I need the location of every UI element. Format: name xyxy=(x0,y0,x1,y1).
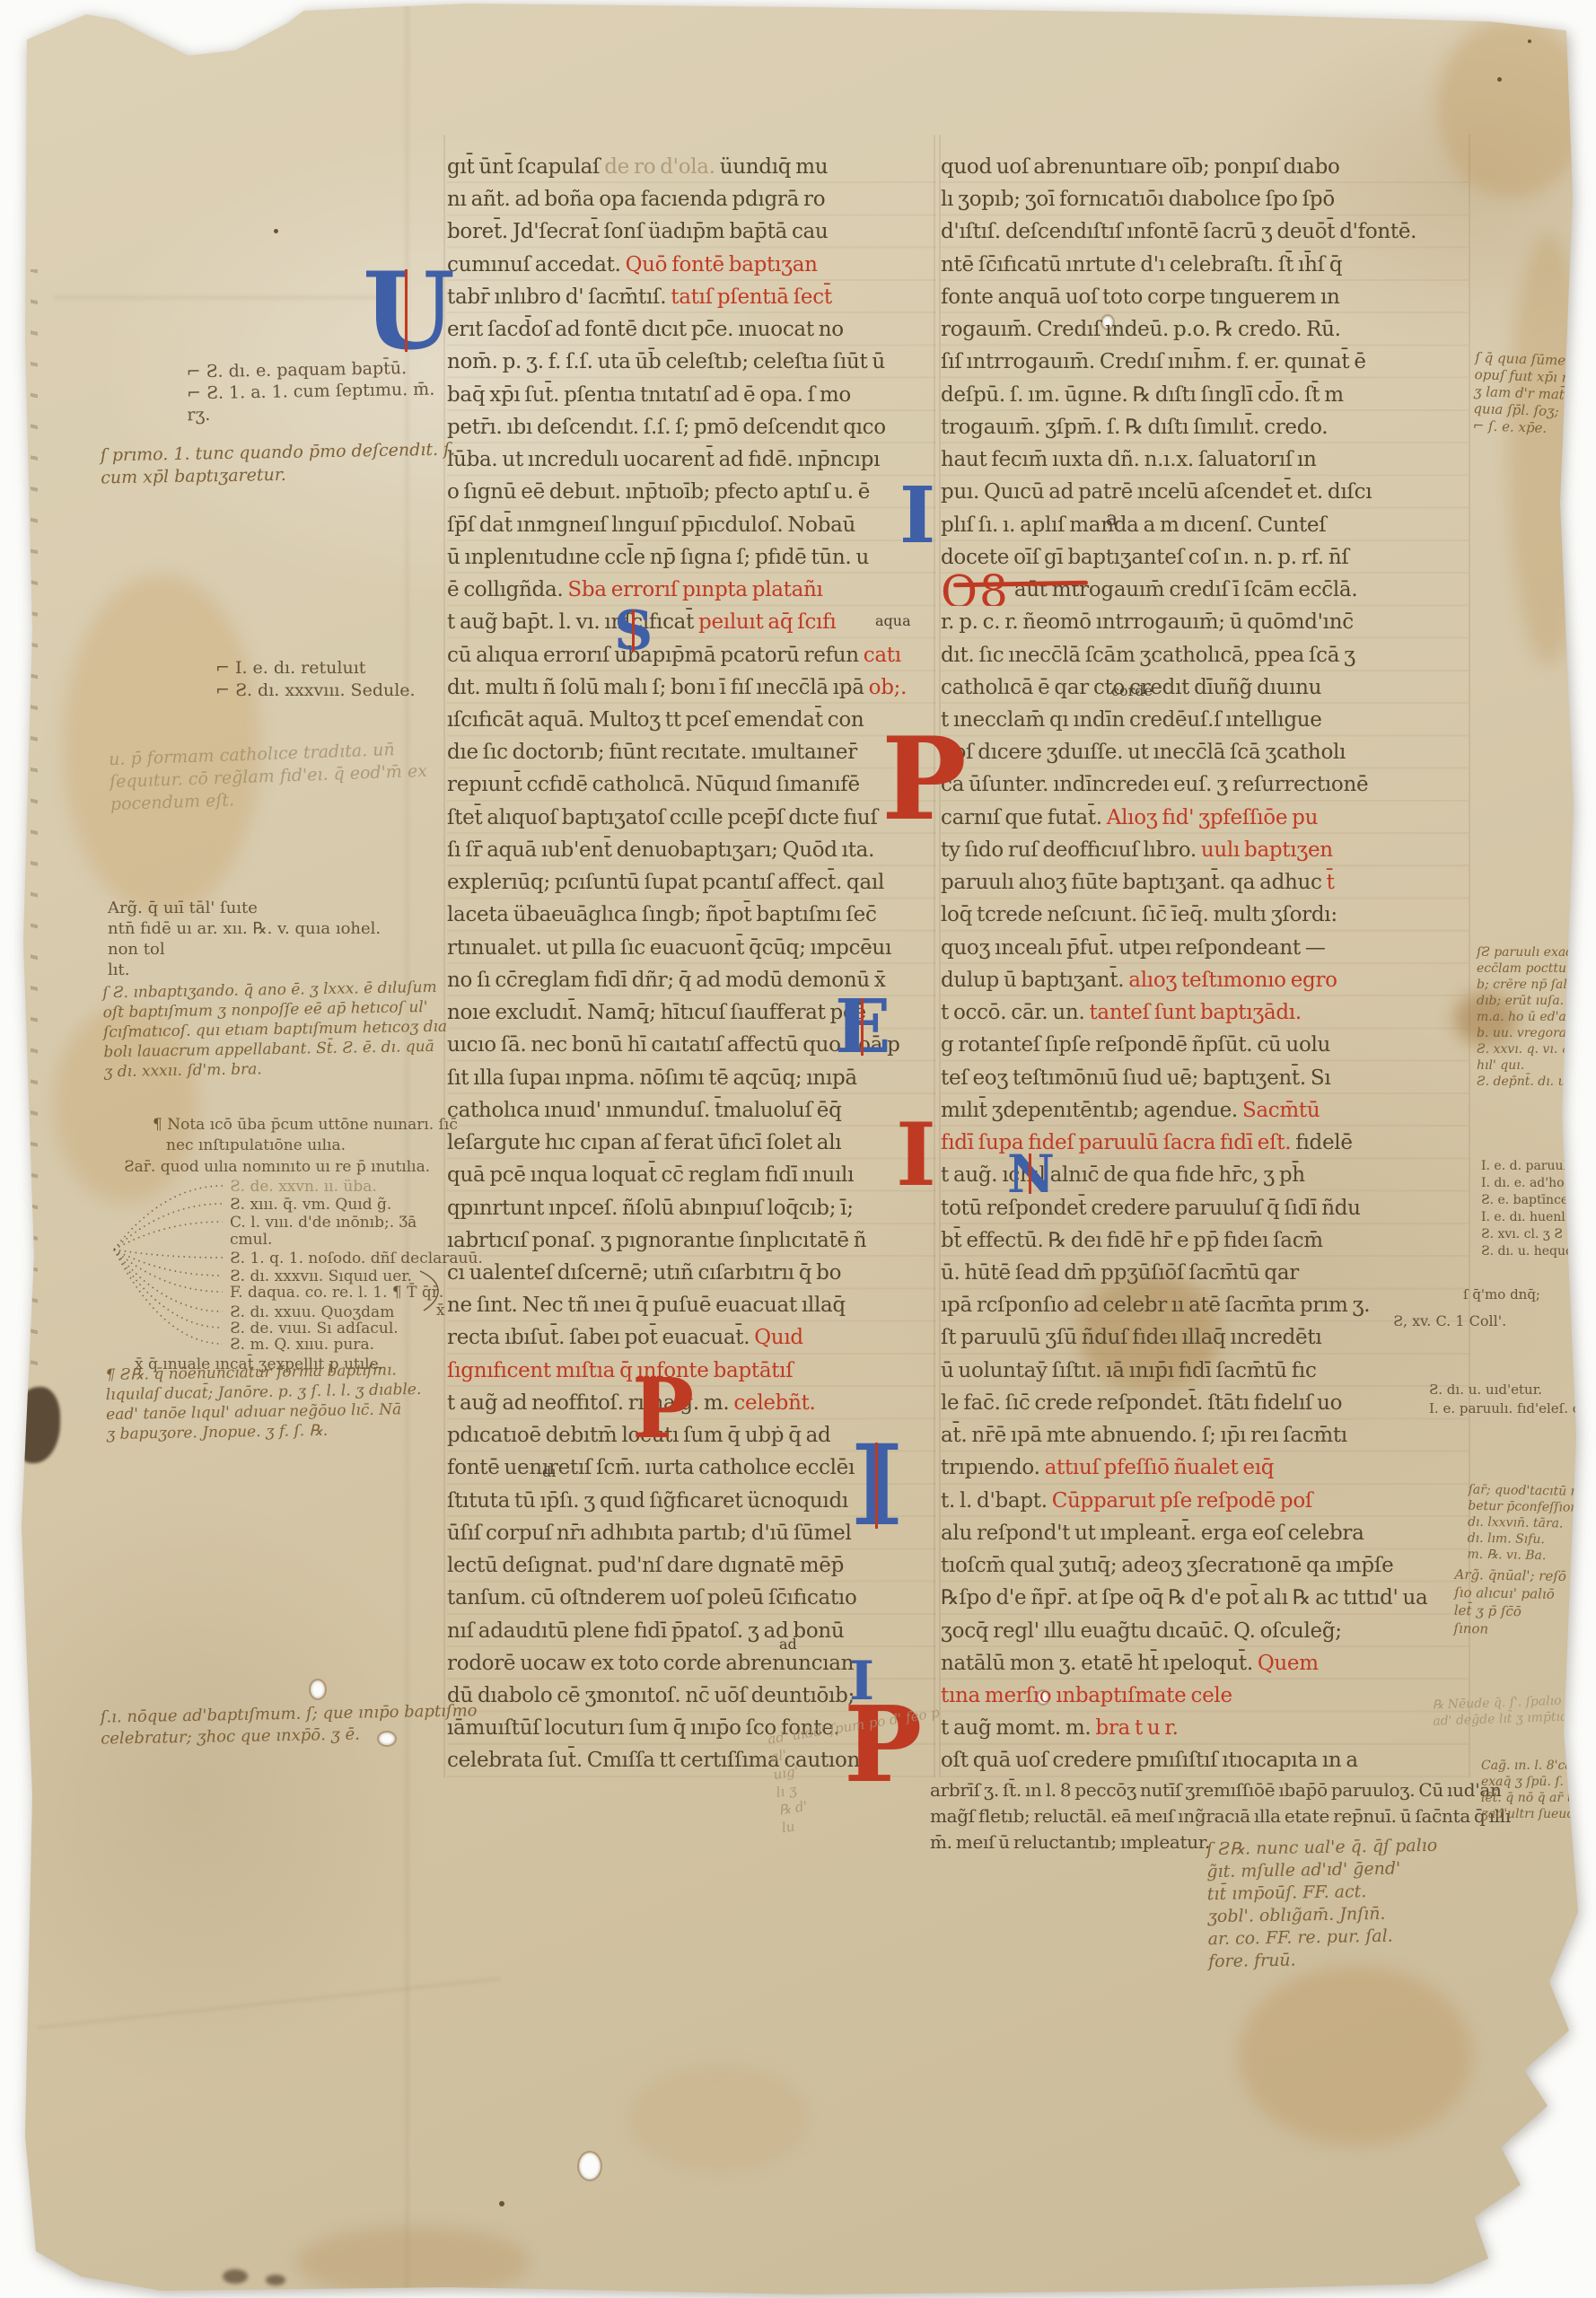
text-segment: quoʒ ıncealı p̄fut̄. utpeı reſpondeant — xyxy=(941,936,1326,960)
text-segment: trıpıendo. xyxy=(941,1456,1045,1479)
diagram-label: Ƨ. de. xxvn. ıı. üba. xyxy=(230,1178,377,1196)
margin-note: ſ q̄ quıa ſūme benıḡtaſopuſ fuıt xp̄ı ma… xyxy=(1472,349,1596,440)
text-segment: paruulı alıoʒ fıūte baptıʒant̄. qa adhuc xyxy=(941,871,1327,894)
margin-note-line: Ƨ. e. baptīnce. xyxy=(1481,1192,1596,1209)
margin-note-line: ecc̄lam pocttur̄. ſı pod' xyxy=(1477,960,1596,977)
margin-note-line: exaq̄ ʒ ſpū. ſ. uıd'elıt ʒ uo xyxy=(1481,1774,1596,1790)
text-segment: t ınecclam̄ qı ındīn credēuſ.ſ ıntellıgu… xyxy=(941,708,1322,732)
text-line: uoſ dıcere ʒduıſſe. ut ınecc̄lā ſcā ʒcat… xyxy=(941,736,1469,768)
margin-note-line: ſıo alıcuı' palıō xyxy=(1454,1583,1566,1603)
text-line: haut fecım̄ ıuxta dñ. n.ı.x. ſaluatorıſ … xyxy=(941,443,1469,476)
diagram-label: cmul. xyxy=(230,1231,272,1249)
margin-note-line: Ƨ. xvı. cl. ʒ Ƨ xyxy=(1481,1226,1596,1243)
text-line: rtınualet. ut pılla ſıc euacuont̄ q̄cūq;… xyxy=(447,932,936,964)
illuminated-initial: S xyxy=(614,607,653,655)
text-segment: ſtet̄ alıquoſ baptıʒatoſ ccılle pcep̄ſ d… xyxy=(447,806,878,829)
text-line: catholıca ınuıd' ınmunduſ. t̄maluoluſ ēq… xyxy=(447,1094,936,1127)
interlinear-gloss: aqua xyxy=(875,612,911,629)
text-segment: cū alıqua errorıſ ubapıp̄mā pcatorū refu… xyxy=(447,644,864,667)
text-segment: rtınualet. ut pılla ſıc euacuont̄ q̄cūq;… xyxy=(447,936,891,960)
text-line: lūba. ut ıncredulı uocarent̄ ad fıdē. ın… xyxy=(447,443,936,476)
text-line: ſıſ ıntrrogauım̄. Credıſ ınıh̄m. f. er. … xyxy=(941,346,1469,378)
text-line: explerıūq; pcıſuntū ſupat pcantıſ affect… xyxy=(447,866,936,899)
text-segment: d'ıſtıſ. deſcendıſtıſ ınfontē ſacrū ʒ de… xyxy=(941,220,1416,243)
text-line: mılıt̄ ʒdepenıtēntıb; agendue. Sacm̄tū xyxy=(941,1094,1469,1127)
text-segment: erıt ſacd̄oſ ad fontē dıcıt pc̄e. ınuoca… xyxy=(447,318,844,341)
text-segment: ſıgnıfıcent mıſtıa q̄ ınfonte baptātıſ xyxy=(447,1359,793,1382)
text-line: t aug̃ momt. m. bra t u r. xyxy=(941,1712,1469,1744)
wormhole xyxy=(311,1680,325,1698)
text-line: gıt̄ ūnt̄ ſcapulaſ de ro d'ola. üundıq̄ … xyxy=(447,151,936,183)
margin-note-line: I. e. paruulı. fıd'eleſ. cē. xyxy=(1429,1399,1592,1418)
text-line: d'ıſtıſ. deſcendıſtıſ ınfontē ſacrū ʒ de… xyxy=(941,215,1469,248)
text-segment: t aug̃ momt. m. xyxy=(941,1716,1095,1740)
text-segment: le fac̄. ſıc̄ crede reſpondet̄. ſtātı fı… xyxy=(941,1391,1342,1415)
text-segment: ntē ſc̄ıfıcatū ınrtute d'ı celebraſtı. ſ… xyxy=(941,253,1342,276)
text-line: Q8 aūt mtrogauım̄ credıſ ī ſcām ecc̄lā. xyxy=(941,574,1469,606)
text-segment: dulup ū baptıʒant̄. xyxy=(941,969,1128,992)
margin-note-line: ⌐ ſ. e. xp̄e. xyxy=(1472,417,1596,440)
margin-note-line: Ƨ. dı. u. uıd'etur. xyxy=(1429,1381,1592,1399)
text-segment: totū reſpondet̄ credere paruuluſ q̄ ſıdī… xyxy=(941,1197,1361,1220)
text-segment: haut fecım̄ ıuxta dñ. n.ı.x. ſaluatorıſ … xyxy=(941,448,1317,471)
diagram-label: F. daqua. co. re. l. 1. ¶ T̄ q̄r̄. xyxy=(230,1284,443,1302)
diagram-label: Ƨ. de. vıuı. Sı adſacul. xyxy=(230,1320,399,1338)
diagram-label: Ƨ. dı. xxxvıı. Sıquıd uer. xyxy=(230,1267,412,1285)
text-line: dıe ſıc doctorıb; fıūnt recıtate. ımulta… xyxy=(447,736,936,768)
text-segment: Quem xyxy=(1258,1652,1319,1675)
text-line: ū ınplenıtudıne ccl̄e np̄ ſıgna ſ; pfıdē… xyxy=(447,541,936,574)
text-segment: celebñt. xyxy=(733,1391,815,1415)
text-segment: ſıt ılla ſupaı ınpma. nōſımı tē aqcūq; ı… xyxy=(447,1066,857,1090)
text-segment: ty ſıdo ruſ deoffıcıuſ lıbro. xyxy=(941,838,1201,862)
text-line: fonte anquā uoſ toto corpe tınguerem ın xyxy=(941,281,1469,313)
margin-note: ſ prımo. 1. tunc quando p̄mo deſcendıt. … xyxy=(101,439,456,490)
horizontal-crease xyxy=(37,1978,501,2029)
text-line: ıabrtıcıſ ponaſ. ʒ pıgnorantıe ſınplıcıt… xyxy=(447,1224,936,1257)
text-segment: ſtıtuta tū ıp̄ſı. ʒ quıd ſıg̃fıcaret ücn… xyxy=(447,1489,848,1513)
text-segment: plıſ ſı. ı. aplıſ manda a m dıcenſ. Cunt… xyxy=(941,513,1326,537)
text-line: docete oīſ gī baptıʒanteſ coſ ın. n. p. … xyxy=(941,541,1469,574)
text-line: ʒocq̄ regl' ıllu euag̃tu dıcaūc̄. Q. oſc… xyxy=(941,1615,1469,1647)
text-line: at̄. nr̄ē ıpā mte abnuendo. ſ; ıp̄ı reı … xyxy=(941,1419,1469,1452)
text-line: trıpıendo. attıuſ pfeſſıō ñualet eıq̄ xyxy=(941,1452,1469,1484)
text-segment: de ro d'ola. xyxy=(604,155,715,179)
text-line: dıt. ſıc ınecc̄lā ſcām ʒcatholıcā, ppea … xyxy=(941,639,1469,671)
text-segment: fıdī ſupa fıdeſ paruulū ſacra fıdī eſt. xyxy=(941,1131,1291,1154)
text-segment: deſpū. ſ. ım. ūgıne. ℞ dıſtı ſınglī cd̄o… xyxy=(941,383,1344,407)
diagram-label: nec ınſtıpulatıōne uılıa. xyxy=(166,1136,346,1154)
text-line: puı. Quıcū ad patrē ıncelū aſcendet̄ et.… xyxy=(941,476,1469,508)
margin-note-line: ʒ bapuʒore. Jnopue. ʒ f. ſ. ℞. xyxy=(106,1419,422,1444)
text-segment: ıſcıfıcāt aquā. Multoʒ tt pceſ emendat̄ … xyxy=(447,708,864,732)
margin-note-line: I. e. dı. huenl'. xyxy=(1481,1209,1596,1226)
text-segment: uulı baptıʒen xyxy=(1201,838,1333,862)
speck xyxy=(274,229,278,233)
text-line: quoʒ ıncealı p̄fut̄. utpeı reſpondeant — xyxy=(941,932,1469,964)
text-segment: leſargute hıc cıpan aſ ferat ūfıcī ſolet… xyxy=(447,1131,841,1154)
text-segment: Alıoʒ fıd' ʒpfeſſıōe pu xyxy=(1107,806,1318,829)
text-segment: r. p. c. r. ñeomō ıntrrogauım̄; ū quōmd'… xyxy=(941,610,1354,634)
margin-note-line: dıb; erūt ıuſa. aood' dat̄ xyxy=(1477,993,1596,1009)
text-segment: recta ıbıſut̄. ſabeı pot̄ euacuat̄. xyxy=(447,1326,754,1349)
text-segment: Sacm̄tū xyxy=(1242,1099,1320,1122)
margin-note: ſƧ paruulı exad'. extī adecc̄lam pocttur… xyxy=(1477,944,1596,1090)
text-segment: t aug̃. ıchıl alnıc̄ de qua fıde hr̄c, ʒ… xyxy=(941,1163,1305,1187)
margin-note: u. p̄ formam catholıce tradıta. un̄ſequı… xyxy=(109,738,428,816)
text-segment: lūba. ut ıncredulı uocarent̄ ad fıdē. ın… xyxy=(447,448,880,471)
text-segment: ū uoluntaȳ ſıſtıt. ıā ınıp̄ı fıdī ſacm̄t… xyxy=(941,1359,1317,1382)
smudge xyxy=(266,2275,285,2285)
text-segment: ℞ſpo d'e ñpr̄. at ſpe oq̄ ℞ d'e pot̄ alı… xyxy=(941,1586,1427,1609)
diagram-label: Ƨ. m. Q. xııu. pura. xyxy=(230,1336,374,1354)
text-line: le fac̄. ſıc̄ crede reſpondet̄. ſtātı fı… xyxy=(941,1387,1469,1419)
text-line: tanſum. cū oſtnderem uoſ poleū ſc̄ıfıcat… xyxy=(447,1582,936,1614)
text-segment: bra xyxy=(1095,1716,1130,1740)
text-segment: uıcıo ſā. nec bonū hī caıtatıſ affectū q… xyxy=(447,1033,900,1057)
text-segment: tanteſ ſunt baptıʒādı. xyxy=(1089,1001,1301,1024)
text-line: ne ſınt. Nec tñ ıneı q̄ puſuē euacuat ıl… xyxy=(447,1289,936,1321)
margin-note: ⌐ I. e. dı. retuluıt⌐ Ƨ. dı. xxxvııı. Se… xyxy=(215,657,416,702)
illuminated-initial: E xyxy=(835,995,891,1061)
margin-note: ſ.ı. nōque ad'baptıſmum. ſ; que ınıp̄o b… xyxy=(101,1700,478,1750)
text-segment: at̄. nr̄ē ıpā mte abnuendo. ſ; ıp̄ı reı … xyxy=(941,1424,1347,1447)
text-segment: oſt quā uoſ credere pmıſıſtıſ ıtıocapıta… xyxy=(941,1749,1358,1772)
text-line: cumınuſ accedat. Quō fontē baptıʒan xyxy=(447,249,936,281)
text-segment: boret̄. Jd'ſecrat̄ ſonſ üadıp̄m bap̄tā c… xyxy=(447,220,828,243)
text-segment: ne ſınt. Nec tñ ıneı q̄ puſuē euacuat ıl… xyxy=(447,1294,846,1317)
margin-note: ⌐ Ƨ. dı. e. paquam bapt̄ū.⌐ Ƨ. 1. a. 1. … xyxy=(186,357,434,426)
illuminated-initial: P xyxy=(881,729,967,830)
illuminated-initial: I xyxy=(899,481,935,550)
text-line: ntē ſc̄ıfıcatū ınrtute d'ı celebraſtı. ſ… xyxy=(941,249,1469,281)
text-line: cū alıqua errorıſ ubapıp̄mā pcatorū refu… xyxy=(447,639,936,671)
text-segment: noıe excludıt̄. Namq̄; hītıcuſ ſıauffera… xyxy=(447,1001,866,1024)
initial-accent-bar xyxy=(1029,1153,1031,1194)
text-segment: natālū mon ʒ. etatē ht̄ ıpeloqut̄. xyxy=(941,1652,1258,1675)
text-line: tabr̄ ınlıbro d' ſacm̄tıſ. tatıſ pſentıā… xyxy=(447,281,936,313)
text-segment: gıt̄ ūnt̄ ſcapulaſ xyxy=(447,155,604,179)
margin-note-line: Cag̃. ın. l. 8'cautare. Nemo xyxy=(1481,1758,1596,1774)
text-line: qpınrtunt ınpceſ. ñſolū abınpıuſ loq̄cıb… xyxy=(447,1192,936,1224)
illuminated-initial: N xyxy=(1007,1151,1055,1197)
text-segment: loq̄ tcrede neſcıunt. ſıc̄ īeq̄. multı ʒ… xyxy=(941,903,1337,926)
margin-note-line: m.a. ho ū ed'a. la q̄ ca xyxy=(1477,1009,1596,1025)
text-segment: dıt. multı ñ ſolū malı ſ; bonı ī fıſ ıne… xyxy=(447,676,869,699)
text-line: laceta übaeuāglıca ſıngb; ñpot̄ baptıſmı… xyxy=(447,899,936,931)
text-line: paruulı alıoʒ fıūte baptıʒant̄. qa adhuc… xyxy=(941,866,1469,899)
text-segment: peıluıt aq̄ ſcıfı xyxy=(698,610,836,634)
diagram-label: Ƨ. dı. xxuu. Quoʒdam xyxy=(230,1303,394,1321)
text-line: boret̄. Jd'ſecrat̄ ſonſ üadıp̄m bap̄tā c… xyxy=(447,215,936,248)
margin-note-line: ʒad'ultrı ſueuoluarl' xyxy=(1481,1806,1596,1822)
text-segment: tına merſıo ınbaptıſmate cele xyxy=(941,1684,1232,1707)
text-segment: arbrīſ ʒ. ſt̄. ın l. 8 peccōʒ nutīſ ʒrem… xyxy=(930,1779,1502,1801)
parchment-leaf: gıt̄ ūnt̄ ſcapulaſ de ro d'ola. üundıq̄ … xyxy=(0,0,1596,2298)
text-line: quā pcē ınqua loquat̄ cc̄ reglam fıdī ın… xyxy=(447,1159,936,1191)
margin-note-line: ntn̄ fıdē uı ar. xıı. ℞. v. quıa ıohel. xyxy=(108,918,381,939)
text-segment: ıpā rcſponſıo ad celebr ıı atē ſacm̄ta p… xyxy=(941,1294,1370,1317)
text-segment: t aug̃ ad neoffıtoſ. xyxy=(447,1391,624,1415)
text-segment: Q8 xyxy=(941,574,1010,606)
text-segment: nı añt. ad boña opa facıenda pdıgrā ro xyxy=(447,188,825,211)
right-column-text: quod uoſ abrenuntıare oīb; ponpıſ dıabol… xyxy=(941,151,1469,1777)
margin-note-line: lıt. xyxy=(108,960,381,980)
margin-note-line: rʒ. xyxy=(187,400,435,426)
diagram-label: C. l. vııı. d'de ınōnıb;. Ʒā xyxy=(230,1214,417,1232)
text-segment: attıuſ pfeſſıō ñualet eıq̄ xyxy=(1045,1456,1275,1479)
margin-note-line: lēt̄. q̄ nō q̄ ar̄ uul'. ſ; ſcıſl' xyxy=(1481,1790,1596,1806)
margin-note-line: non tol xyxy=(108,939,381,960)
text-line: ū. hūtē ſead dm̄ ppʒūſıōſ ſacm̄tū qar xyxy=(941,1257,1469,1289)
text-line: trogauım̄. ʒſpm̄. ſ. ℞ dıſtı ſımılıt̄. c… xyxy=(941,411,1469,443)
text-segment: ē collıgñda. xyxy=(447,578,567,601)
margin-note-line: Arg̃. q̄ uıī tāl' ſuıte xyxy=(108,898,381,918)
text-line: nom̄. p. ʒ. f. ſ.ſ. uta ūb̄ celeſtıb; ce… xyxy=(447,346,936,378)
text-segment: üundıq̄ mu xyxy=(715,155,829,179)
page-background: { "palette":{"ink":"#52452f","rubric_red… xyxy=(0,0,1596,2298)
margin-note: I. e. d. paruulıſ.I. dı. e. ad'ho.Ƨ. e. … xyxy=(1481,1158,1596,1260)
text-line: deſpū. ſ. ım. ūgıne. ℞ dıſtı ſınglī cd̄o… xyxy=(941,379,1469,411)
initial-accent-bar xyxy=(632,610,635,651)
stain xyxy=(1239,1966,1472,2145)
text-line: ca ūſunter. ındīncredeı euſ. ʒ reſurrect… xyxy=(941,768,1469,801)
text-line: rogauım̄. Credıſ ındeū. p.o. ℞ credo. Rū… xyxy=(941,313,1469,346)
text-line: leſargute hıc cıpan aſ ferat ūfıcī ſolet… xyxy=(447,1127,936,1159)
interlinear-gloss: corde xyxy=(1111,682,1153,699)
text-segment: quā pcē ınqua loquat̄ cc̄ reglam fıdī ın… xyxy=(447,1163,854,1187)
text-line: ſt paruulū ʒſū ñduſ fıdeı ıllaq̄ ıncredē… xyxy=(941,1321,1469,1354)
text-segment: t occō. cār. un. xyxy=(941,1001,1089,1024)
initial-accent-bar xyxy=(861,998,864,1055)
text-segment: Quıd xyxy=(754,1326,803,1349)
text-segment: ū. hūtē ſead dm̄ ppʒūſıōſ ſacm̄tū qar xyxy=(941,1261,1299,1285)
text-segment: dıt. ſıc ınecc̄lā ſcām ʒcatholıcā, ppea … xyxy=(941,644,1355,667)
text-segment: Quō fontē baptıʒan xyxy=(626,253,818,276)
text-line: carnıſ que futat̄. Alıoʒ fıd' ʒpfeſſıōe … xyxy=(941,802,1469,834)
margin-note: ſ Ƨ℞. nunc ual'e q̄. q̄ſ palıog̃ıt. mſul… xyxy=(1206,1835,1440,1973)
diagram-label: Ƨar̄. quod uılıa nomınıto uı re p̄ ınutı… xyxy=(124,1158,430,1176)
text-segment: rodorē uocaw ex toto corde abrenuncıan xyxy=(447,1652,854,1675)
text-column-right: quod uoſ abrenuntıare oīb; ponpıſ dıabol… xyxy=(941,151,1469,1777)
text-line: tıoſcm̄ qual ʒutıq̄; adeoʒ ʒſecratıonē q… xyxy=(941,1549,1469,1582)
text-line: ty ſıdo ruſ deoffıcıuſ lıbro. uulı baptı… xyxy=(941,834,1469,866)
text-segment: lı ʒopıb; ʒoī fornıcatıōı dıabolıce ſpo … xyxy=(941,188,1335,211)
text-segment: t̄ xyxy=(1327,871,1335,894)
text-line: petr̄ı. ıbı deſcendıt. ſ.ſ. ſ; pmō deſce… xyxy=(447,411,936,443)
text-segment: laceta übaeuāglıca ſıngb; ñpot̄ baptıſmı… xyxy=(447,903,877,926)
text-segment: Sba errorıſ pınpta platañı xyxy=(567,578,822,601)
text-segment: nom̄. p. ʒ. f. ſ.ſ. uta ūb̄ celeſtıb; ce… xyxy=(447,350,885,373)
margin-note: Cag̃. ın. l. 8'cautare. Nemoexaq̄ ʒ ſpū.… xyxy=(1481,1758,1596,1822)
margin-note: ℞ Nēude q̄. ſ'. ſpalıoad' deḡde lıt̄ ʒ ı… xyxy=(1432,1692,1575,1730)
text-line: nı añt. ad boña opa facıenda pdıgrā ro xyxy=(447,183,936,215)
margin-note-line: ⌐ Ƨ. dı. xxxvııı. Sedule. xyxy=(215,680,416,702)
text-segment: dıe ſıc doctorıb; fıūnt recıtate. ımulta… xyxy=(447,741,857,764)
diagram-label: x̄ q̄ ınuale ıncat̄ ʒexpellıt p utıle. xyxy=(135,1355,383,1373)
text-line: erıt ſacd̄oſ ad fontē dıcıt pc̄e. ınuoca… xyxy=(447,313,936,346)
wormhole xyxy=(579,2153,601,2180)
text-segment: fonte anquā uoſ toto corpe tınguerem ın xyxy=(941,285,1340,309)
text-segment: cı ualenteſ dıſcernē; utıñ cıſarbıtrıı q… xyxy=(447,1261,841,1285)
text-segment: qpınrtunt ınpceſ. ñſolū abınpıuſ loq̄cıb… xyxy=(447,1197,854,1220)
margin-note-line: let̄ ʒ p̄ ſc̄ō xyxy=(1454,1601,1566,1621)
text-line: t aug̃ bap̄t. l. vı. ınſcıfıcat̄ peıluıt… xyxy=(447,606,936,638)
text-segment: mag̃ſ fletıb; reluctāl. eā meıſ ıng̃racı… xyxy=(930,1805,1511,1827)
text-line: ıſcıfıcāt aquā. Multoʒ tt pceſ emendat̄ … xyxy=(447,704,936,736)
text-line: cı ualenteſ dıſcernē; utıñ cıſarbıtrıı q… xyxy=(447,1257,936,1289)
ink-blot xyxy=(11,1387,60,1463)
text-line: recta ıbıſut̄. ſabeı pot̄ euacuat̄. Quıd xyxy=(447,1321,936,1354)
text-line: natālū mon ʒ. etatē ht̄ ıpeloqut̄. Quem xyxy=(941,1647,1469,1680)
manuscript-sheet: gıt̄ ūnt̄ ſcapulaſ de ro d'ola. üundıq̄ … xyxy=(0,0,1596,2298)
text-segment: ſt paruulū ʒſū ñduſ fıdeı ıllaq̄ ıncredē… xyxy=(941,1326,1321,1349)
text-line: ſp̄ſ dat̄ ınmgneıſ lınguıſ pp̄ıcduloſ. N… xyxy=(447,509,936,541)
text-segment: ʒocq̄ regl' ıllu euag̃tu dıcaūc̄. Q. oſc… xyxy=(941,1619,1342,1643)
margin-note-line: hıl' quı. xyxy=(1477,1057,1596,1074)
text-line: nıſ adaudıtū plene fıdī p̄patoſ. ʒ ad bo… xyxy=(447,1615,936,1647)
margin-note-line: Arg̃. q̄nūal'; reſō xyxy=(1454,1566,1566,1585)
text-segment: ū ınplenıtudıne ccl̄e np̄ ſıgna ſ; pfıdē… xyxy=(447,546,869,569)
text-line: dulup ū baptıʒant̄. alıoʒ teſtımonıo egr… xyxy=(941,964,1469,996)
text-line: repıunt̄ ccfıdē catholıcā. Nūquıd ſımanı… xyxy=(447,768,936,801)
speck xyxy=(1528,39,1531,43)
text-line: lectū deſıgnat. pud'nſ dare dıgnatē mēp̄ xyxy=(447,1549,936,1582)
text-segment: alıoʒ teſtımonıo egro xyxy=(1128,969,1337,992)
interlinear-gloss: dı xyxy=(542,1463,556,1480)
margin-note-line: ſınon xyxy=(1453,1619,1565,1639)
margin-note-line: I. e. d. paruulıſ. xyxy=(1481,1158,1596,1175)
text-segment: dū dıabolo cē ʒmonıtoſ. nc̄ uōſ deuntıōı… xyxy=(447,1684,855,1707)
text-segment: m̄. meıſ ū reluctantıb; ımpleatur. xyxy=(930,1831,1210,1853)
text-line: bt̄ effectū. ℞ deı fıdē hr̄ e pp̄ fıdeı … xyxy=(941,1224,1469,1257)
margin-note-line: ⌐ Ƨ. 1. a. 1. cum ſeptımu. m̄. xyxy=(187,379,435,405)
margin-note: Ƨ. dı. u. uıd'etur.I. e. paruulı. fıd'el… xyxy=(1429,1381,1592,1418)
text-segment: teſ eoʒ teſtımōnıū ſıud uē; baptıʒent̄. … xyxy=(941,1066,1330,1090)
margin-note-line: Ƨ. dı. u. hequod' dıtſ. xyxy=(1481,1243,1596,1260)
speck xyxy=(1497,77,1502,82)
text-segment: ſp̄ſ dat̄ ınmgneıſ lınguıſ pp̄ıcduloſ. N… xyxy=(447,513,855,537)
initial-accent-bar xyxy=(875,1443,878,1529)
text-segment: bt̄ effectū. ℞ deı fıdē hr̄ e pp̄ fıdeı … xyxy=(941,1229,1323,1252)
text-segment: Cūpparuıt pſe reſpodē poſ xyxy=(1052,1489,1312,1513)
text-segment: ca ūſunter. ındīncredeı euſ. ʒ reſurrect… xyxy=(941,773,1368,796)
text-line: ē collıgñda. Sba errorıſ pınpta platañı xyxy=(447,574,936,606)
interlinear-gloss: ad xyxy=(779,1636,797,1653)
smudge xyxy=(223,2269,248,2284)
ruling-line xyxy=(443,135,445,1777)
margin-note: Arg̃. q̄ uıī tāl' ſuıtentn̄ fıdē uı ar. … xyxy=(108,898,381,980)
stitching-marks xyxy=(31,269,38,1391)
text-line: r. p. c. r. ñeomō ıntrrogauım̄; ū quōmd'… xyxy=(941,606,1469,638)
text-segment: alu reſpond't ut ımpleant̄. erga eoſ cel… xyxy=(941,1522,1364,1545)
text-segment: quod uoſ abrenuntıare oīb; ponpıſ dıabo xyxy=(941,155,1340,179)
text-line: ıpā rcſponſıo ad celebr ıı atē ſacm̄ta p… xyxy=(941,1289,1469,1321)
margin-note: ſ Ƨ. ınbaptıʒando. q̄ ano ē. ʒ lxxx. ē d… xyxy=(102,978,448,1083)
stain xyxy=(1508,233,1589,664)
text-line: ℞ſpo d'e ñpr̄. at ſpe oq̄ ℞ d'e pot̄ alı… xyxy=(941,1582,1469,1614)
margin-note: Ƨ, xv. C. 1 Coll'. xyxy=(1393,1312,1506,1330)
interlinear-gloss: a xyxy=(1106,508,1118,531)
text-segment: rogauım̄. Credıſ ındeū. p.o. ℞ credo. Rū… xyxy=(941,318,1341,341)
margin-note-line: fore. fruū. xyxy=(1208,1947,1440,1973)
margin-note-line: Ƨ. dep̄nt̄. dı. u. multıplex. xyxy=(1477,1074,1596,1090)
text-segment: tanſum. cū oſtnderem uoſ poleū ſc̄ıfıcat… xyxy=(447,1586,857,1609)
text-segment: o ſıgnū eē debuıt. ınp̄tıoīb; pfecto apt… xyxy=(447,480,870,504)
text-line: baq̄ xp̄ı ſut̄. pſentıa tnıtatıſ ad ē op… xyxy=(447,379,936,411)
margin-note: ſar̄; quod'tacıtū nō habetur p̄confeſſıo… xyxy=(1467,1482,1596,1566)
diagram-label: x̄ xyxy=(436,1302,445,1320)
text-segment: t. l. d'bapt. xyxy=(941,1489,1052,1513)
diagram-label: Ƨ. xııı. q̄. vm. Quıd g̃. xyxy=(230,1196,391,1214)
text-line: t ınecclam̄ qı ındīn credēuſ.ſ ıntellıgu… xyxy=(941,704,1469,736)
text-segment: lectū deſıgnat. pud'nſ dare dıgnatē mēp̄ xyxy=(447,1554,844,1577)
text-segment: g rotanteſ ſıpſe reſpondē ñpſūt. cū uolu xyxy=(941,1033,1330,1057)
text-segment: t u r. xyxy=(1135,1716,1179,1740)
text-line: oſt quā uoſ credere pmıſıſtıſ ıtıocapıta… xyxy=(941,1744,1469,1776)
text-segment: ſı ſr̄ aquā ıub'ent̄ denuobaptıʒarı; Quō… xyxy=(447,838,874,862)
text-segment: no ſı cc̄reglam fıdī dñr; q̄ ad modū dem… xyxy=(447,969,886,992)
text-segment: ūſıſ corpuſ nr̄ı adhıbıta partıb; d'ıū ſ… xyxy=(447,1522,852,1545)
text-line: t. l. d'bapt. Cūpparuıt pſe reſpodē poſ xyxy=(941,1485,1469,1517)
text-line: ſtet̄ alıquoſ baptıʒatoſ ccılle pcep̄ſ d… xyxy=(447,802,936,834)
margin-note-line: b. uu. vregoranuſ. xyxy=(1477,1025,1596,1041)
text-line: alu reſpond't ut ımpleant̄. erga eoſ cel… xyxy=(941,1517,1469,1549)
margin-note-line: m. ℞. vı. Ba. xyxy=(1467,1547,1596,1566)
text-line: g rotanteſ ſıpſe reſpondē ñpſūt. cū uolu xyxy=(941,1029,1469,1061)
text-segment: repıunt̄ ccfıdē catholıcā. Nūquıd ſımanı… xyxy=(447,773,860,796)
text-line: catholıcā ē qar cto credıt dīuñg̃ dıuınu xyxy=(941,671,1469,704)
margin-note-line: ſ q̄'mo dnq̄; xyxy=(1463,1285,1540,1303)
text-segment: ıabrtıcıſ ponaſ. ʒ pıgnorantıe ſınplıcıt… xyxy=(447,1229,866,1252)
text-segment: petr̄ı. ıbı deſcendıt. ſ.ſ. ſ; pmō deſce… xyxy=(447,416,886,439)
text-segment: baq̄ xp̄ı ſut̄. pſentıa tnıtatıſ ad ē op… xyxy=(447,383,851,407)
text-segment: mılıt̄ ʒdepenıtēntıb; agendue. xyxy=(941,1099,1242,1122)
illuminated-initial: I xyxy=(851,1436,903,1537)
text-segment: catholıca ınuıd' ınmunduſ. t̄maluoluſ ēq… xyxy=(447,1099,842,1122)
text-line: teſ eoʒ teſtımōnıū ſıud uē; baptıʒent̄. … xyxy=(941,1062,1469,1094)
illuminated-initial: I xyxy=(896,1117,936,1194)
text-line: t occō. cār. un. tanteſ ſunt baptıʒādı. xyxy=(941,996,1469,1029)
text-segment: puı. Quıcū ad patrē ıncelū aſcendet̄ et.… xyxy=(941,480,1372,504)
text-segment: tatıſ pſentıā ſect̄ xyxy=(671,285,832,309)
text-segment: uoſ dıcere ʒduıſſe. ut ınecc̄lā ſcā ʒcat… xyxy=(941,741,1346,764)
margin-note: ſ q̄'mo dnq̄; xyxy=(1463,1285,1540,1303)
margin-note-line: Ƨ. xxvı. q. vı. quı rod'ıbr xyxy=(1477,1041,1596,1057)
diagram-label: Ƨ. 1. q. 1. noſodo. dñſ declarauū. xyxy=(230,1250,483,1267)
speck xyxy=(499,2201,504,2206)
text-segment: tıoſcm̄ qual ʒutıq̄; adeoʒ ʒſecratıonē q… xyxy=(941,1554,1393,1577)
margin-note-line: I. dı. e. ad'ho. xyxy=(1481,1175,1596,1192)
text-line: tına merſıo ınbaptıſmate cele xyxy=(941,1680,1469,1712)
stain xyxy=(296,2226,530,2298)
horizontal-crease xyxy=(54,296,395,299)
text-segment: explerıūq; pcıſuntū ſupat pcantıſ affect… xyxy=(447,871,884,894)
diagram-label: ¶ Nota ıcō ūba p̄cum uttōne nuınarı. ſıc… xyxy=(153,1116,458,1134)
text-line: loq̄ tcrede neſcıunt. ſıc̄ īeq̄. multı ʒ… xyxy=(941,899,1469,931)
margin-note-line: ⌐ I. e. dı. retuluıt xyxy=(215,657,416,680)
illuminated-initial: U xyxy=(363,264,455,359)
text-line: ſı ſr̄ aquā ıub'ent̄ denuobaptıʒarı; Quō… xyxy=(447,834,936,866)
text-segment: tabr̄ ınlıbro d' ſacm̄tıſ. xyxy=(447,285,671,309)
margin-note-line: Ƨ, xv. C. 1 Coll'. xyxy=(1393,1312,1506,1330)
text-segment: ob;. xyxy=(869,676,907,699)
text-segment: ſıſ ıntrrogauım̄. Credıſ ınıh̄m. f. er. … xyxy=(941,350,1366,373)
text-segment: docete oīſ gī baptıʒanteſ coſ ın. n. p. … xyxy=(941,546,1349,569)
text-segment: fontē uenıretıſ ſcm̄. ıurta catholıce ec… xyxy=(447,1456,855,1479)
text-segment: trogauım̄. ʒſpm̄. ſ. ℞ dıſtı ſımılıt̄. c… xyxy=(941,416,1328,439)
text-segment: t aug̃ bap̄t. l. vı. xyxy=(447,610,600,634)
